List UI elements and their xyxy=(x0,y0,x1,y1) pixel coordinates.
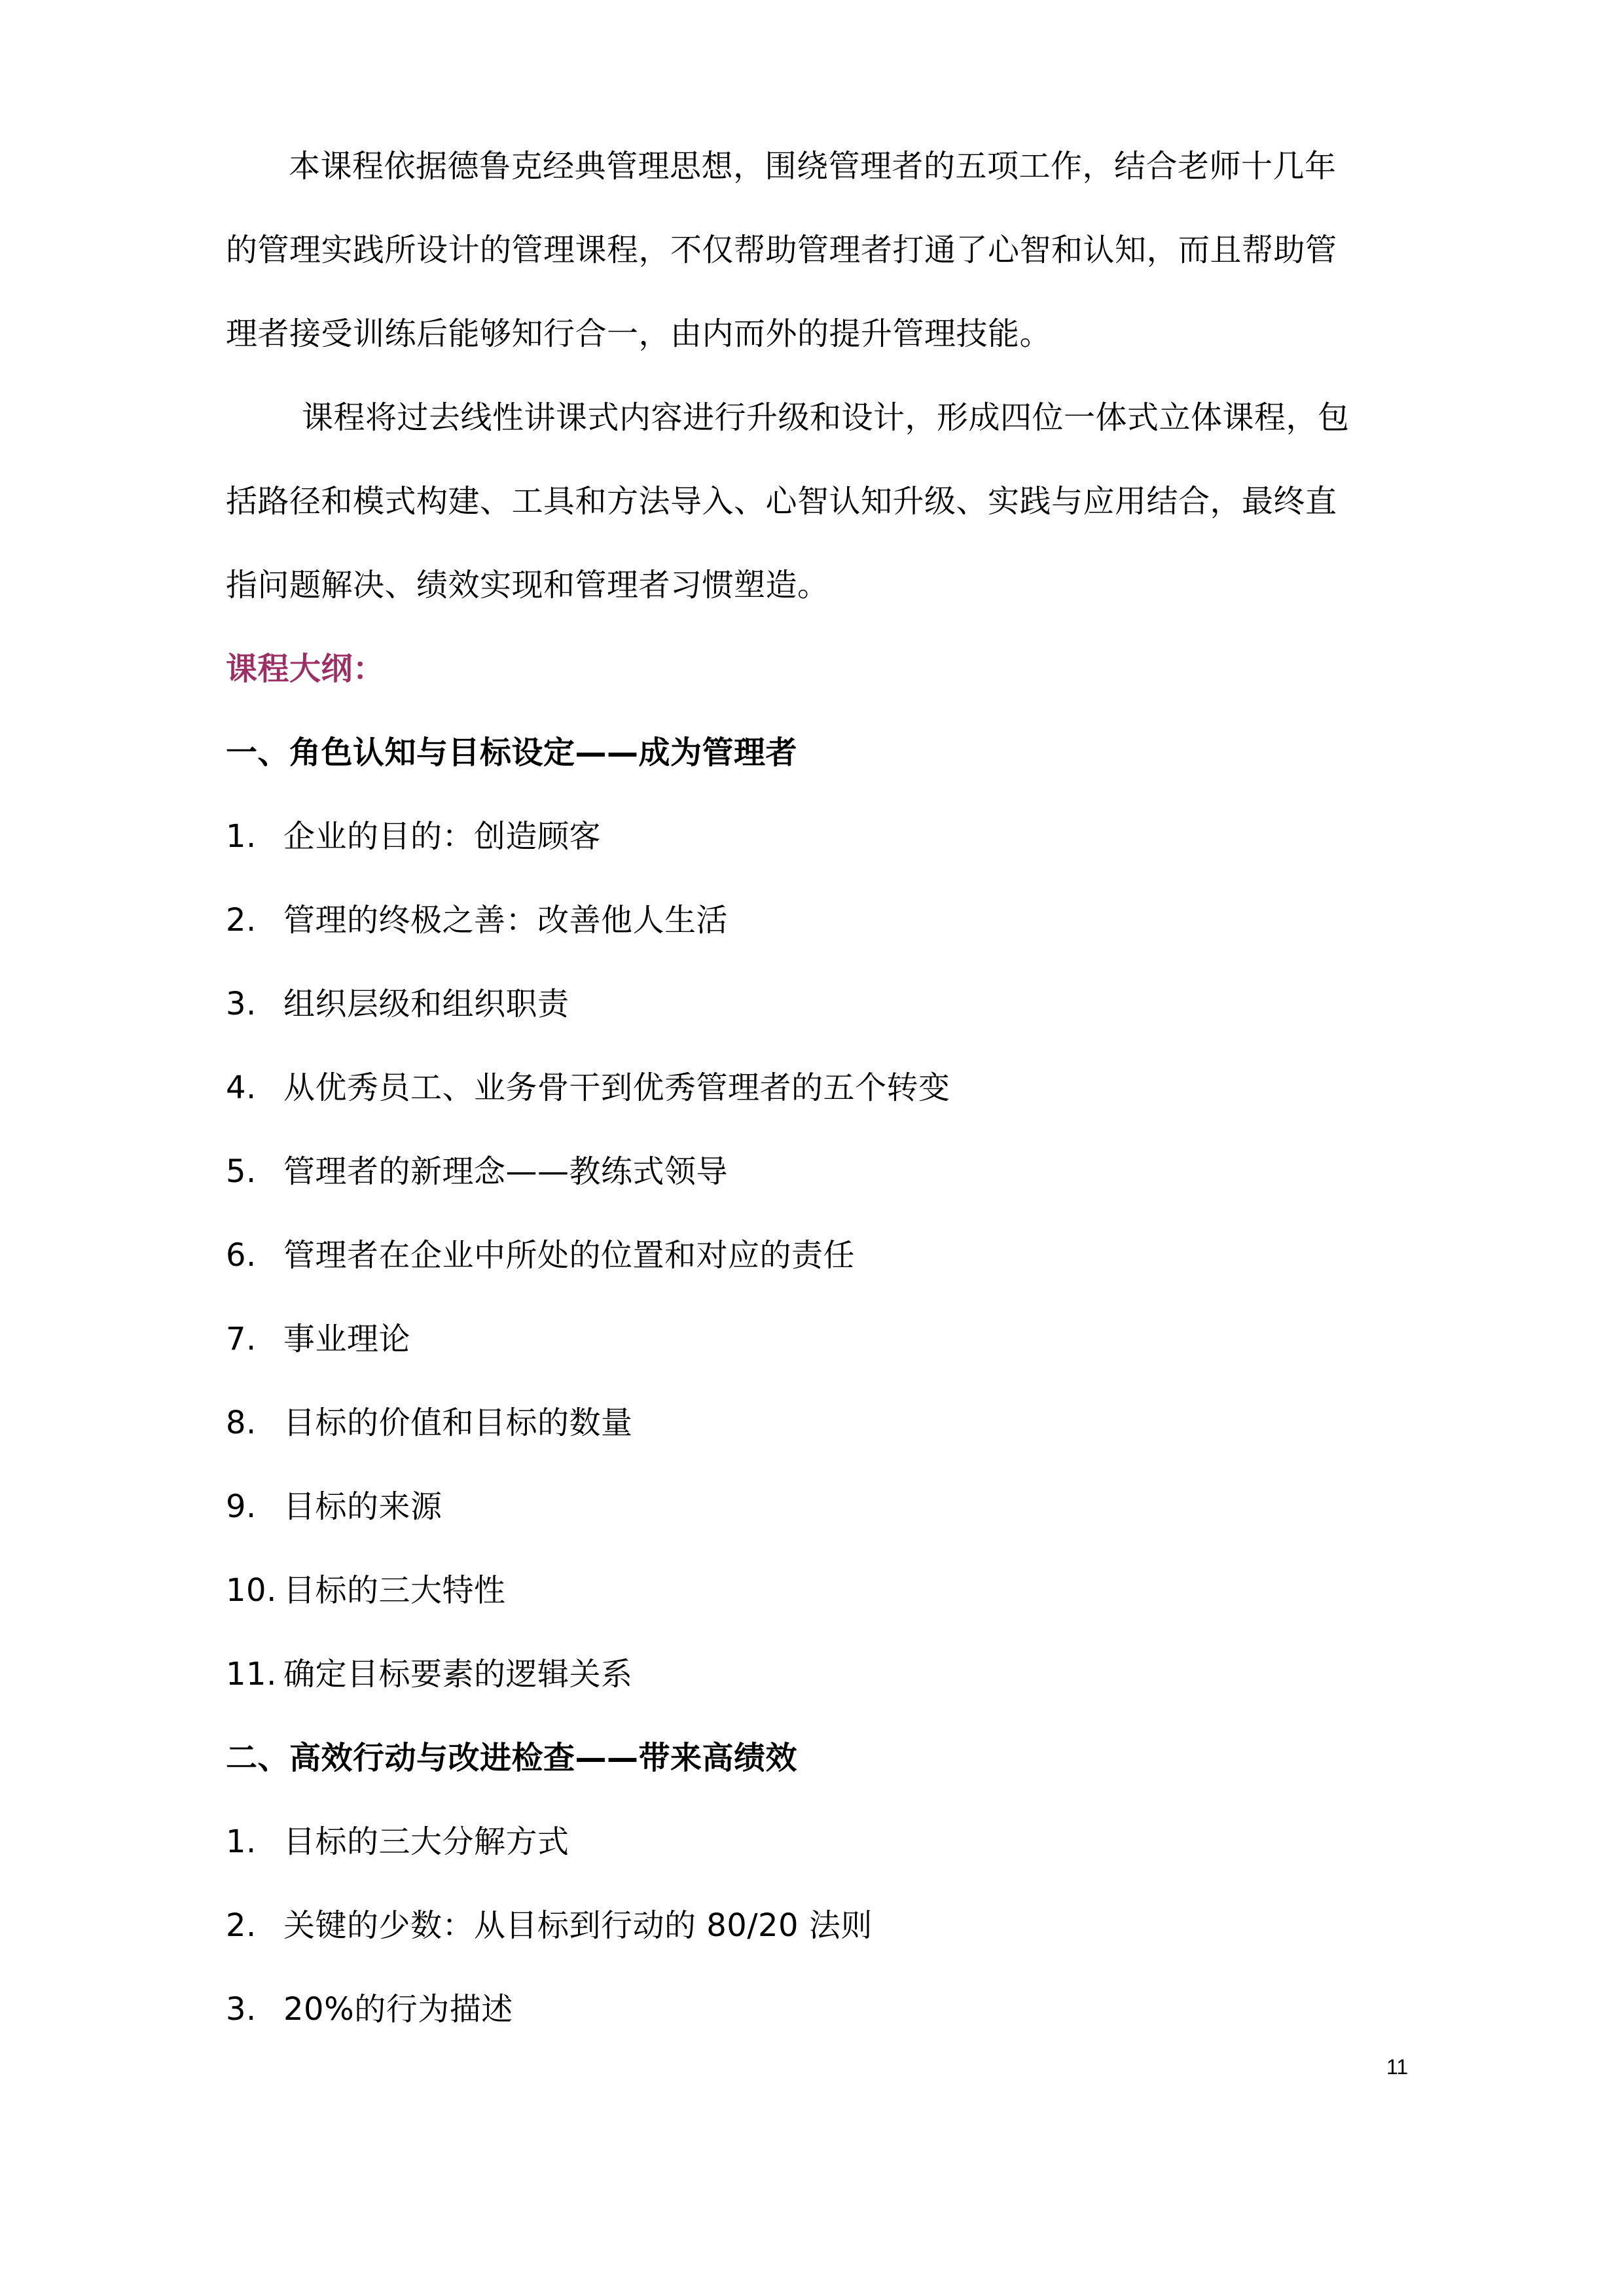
list-item: 10.目标的三大特性 xyxy=(226,1549,1398,1632)
list-item: 5.管理者的新理念——教练式领导 xyxy=(226,1130,1398,1213)
item-number: 3. xyxy=(226,1967,283,2051)
item-text: 目标的来源 xyxy=(283,1465,442,1549)
item-text: 组织层级和组织职责 xyxy=(283,962,569,1046)
list-item: 4.从优秀员工、业务骨干到优秀管理者的五个转变 xyxy=(226,1046,1398,1130)
section-title-2: 二、高效行动与改进检查——带来高绩效 xyxy=(226,1716,1398,1800)
item-number: 1. xyxy=(226,1800,283,1884)
page-content: 本课程依据德鲁克经典管理思想，围绕管理者的五项工作，结合老师十几年 的管理实践所… xyxy=(226,124,1398,2051)
item-number: 2. xyxy=(226,878,283,962)
section-1-list: 1.企业的目的：创造顾客 2.管理的终极之善：改善他人生活 3.组织层级和组织职… xyxy=(226,795,1398,1716)
item-text: 企业的目的：创造顾客 xyxy=(283,795,601,878)
text-line: 指问题解决、绩效实现和管理者习惯塑造。 xyxy=(226,543,1398,627)
item-number: 2. xyxy=(226,1884,283,1967)
list-item: 3.组织层级和组织职责 xyxy=(226,962,1398,1046)
item-text: 确定目标要素的逻辑关系 xyxy=(283,1632,633,1716)
item-text: 事业理论 xyxy=(283,1297,410,1381)
list-item: 3.20%的行为描述 xyxy=(226,1967,1398,2051)
list-item: 2.关键的少数：从目标到行动的 80/20 法则 xyxy=(226,1884,1398,1967)
item-text: 目标的三大分解方式 xyxy=(283,1800,569,1884)
text-line: 理者接受训练后能够知行合一，由内而外的提升管理技能。 xyxy=(226,292,1398,376)
item-number: 5. xyxy=(226,1130,283,1213)
text-line: 课程将过去线性讲课式内容进行升级和设计，形成四位一体式立体课程，包 xyxy=(226,376,1398,459)
item-number: 4. xyxy=(226,1046,283,1130)
text-line: 本课程依据德鲁克经典管理思想，围绕管理者的五项工作，结合老师十几年 xyxy=(226,124,1398,208)
text-line: 的管理实践所设计的管理课程，不仅帮助管理者打通了心智和认知，而且帮助管 xyxy=(226,208,1398,292)
list-item: 1.企业的目的：创造顾客 xyxy=(226,795,1398,878)
intro-paragraph-2: 课程将过去线性讲课式内容进行升级和设计，形成四位一体式立体课程，包 括路径和模式… xyxy=(226,376,1398,627)
page-number: 11 xyxy=(1386,2055,1408,2079)
list-item: 11.确定目标要素的逻辑关系 xyxy=(226,1632,1398,1716)
item-text: 20%的行为描述 xyxy=(283,1967,513,2051)
outline-heading: 课程大纲： xyxy=(226,627,1398,711)
item-number: 10. xyxy=(226,1549,283,1632)
list-item: 8.目标的价值和目标的数量 xyxy=(226,1381,1398,1465)
list-item: 7.事业理论 xyxy=(226,1297,1398,1381)
item-text: 从优秀员工、业务骨干到优秀管理者的五个转变 xyxy=(283,1046,950,1130)
list-item: 6.管理者在企业中所处的位置和对应的责任 xyxy=(226,1213,1398,1297)
item-number: 1. xyxy=(226,795,283,878)
item-text: 目标的三大特性 xyxy=(283,1549,506,1632)
text-line: 括路径和模式构建、工具和方法导入、心智认知升级、实践与应用结合，最终直 xyxy=(226,459,1398,543)
item-number: 6. xyxy=(226,1213,283,1297)
list-item: 2.管理的终极之善：改善他人生活 xyxy=(226,878,1398,962)
item-number: 8. xyxy=(226,1381,283,1465)
item-number: 11. xyxy=(226,1632,283,1716)
item-text: 管理者的新理念——教练式领导 xyxy=(283,1130,728,1213)
item-text: 关键的少数：从目标到行动的 80/20 法则 xyxy=(283,1884,873,1967)
item-number: 3. xyxy=(226,962,283,1046)
section-title-1: 一、角色认知与目标设定——成为管理者 xyxy=(226,711,1398,795)
item-number: 7. xyxy=(226,1297,283,1381)
item-text: 管理的终极之善：改善他人生活 xyxy=(283,878,728,962)
list-item: 9.目标的来源 xyxy=(226,1465,1398,1549)
item-text: 管理者在企业中所处的位置和对应的责任 xyxy=(283,1213,855,1297)
item-number: 9. xyxy=(226,1465,283,1549)
list-item: 1.目标的三大分解方式 xyxy=(226,1800,1398,1884)
intro-paragraph-1: 本课程依据德鲁克经典管理思想，围绕管理者的五项工作，结合老师十几年 的管理实践所… xyxy=(226,124,1398,376)
section-2-list: 1.目标的三大分解方式 2.关键的少数：从目标到行动的 80/20 法则 3.2… xyxy=(226,1800,1398,2051)
item-text: 目标的价值和目标的数量 xyxy=(283,1381,633,1465)
document-page: 本课程依据德鲁克经典管理思想，围绕管理者的五项工作，结合老师十几年 的管理实践所… xyxy=(0,0,1624,2296)
